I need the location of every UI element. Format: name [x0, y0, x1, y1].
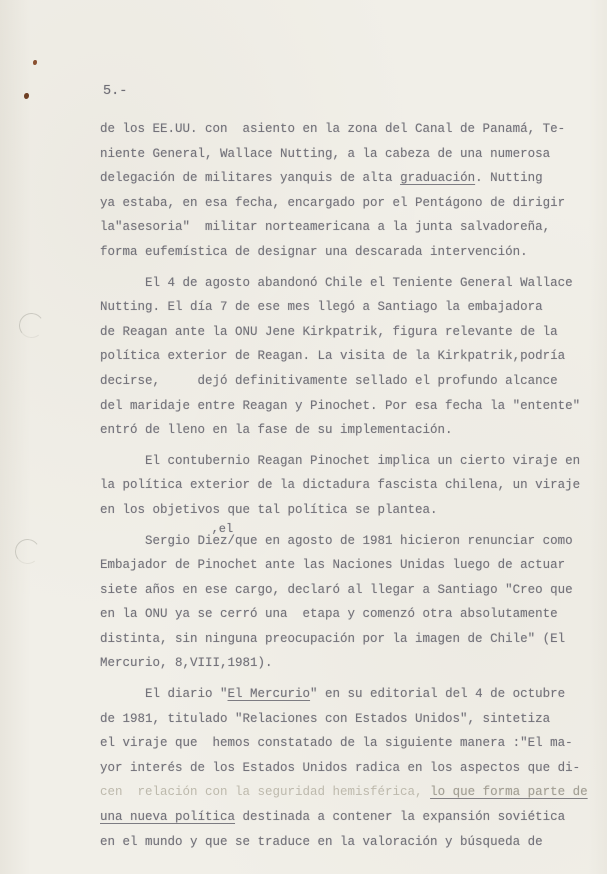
text-segment: del maridaje entre Reagan y Pinochet. Po… — [100, 399, 580, 413]
text-line: ,el Sergio Diez/que en agosto de 1981 hi… — [100, 529, 592, 554]
ink-speck-2 — [24, 93, 29, 99]
text-line: siete años en ese cargo, declaró al lleg… — [100, 578, 592, 603]
text-line: delegación de militares yanquis de alta … — [100, 166, 592, 191]
text-segment: entró de lleno en la fase de su implemen… — [100, 423, 453, 437]
text-line: yor interés de los Estados Unidos radica… — [100, 756, 592, 781]
text-line: de 1981, titulado "Relaciones con Estado… — [100, 707, 592, 732]
text-line: en el mundo y que se traduce en la valor… — [100, 830, 592, 855]
text-segment: una nueva política — [100, 810, 235, 824]
text-segment: El Mercurio — [228, 687, 311, 701]
text-line: del maridaje entre Reagan y Pinochet. Po… — [100, 394, 592, 419]
text-segment: Mercurio, 8,VIII,1981). — [100, 656, 273, 670]
text-line: la política exterior de la dictadura fas… — [100, 473, 592, 498]
text-segment: decirse, dejó definitivamente sellado el… — [100, 374, 558, 388]
text-line: Mercurio, 8,VIII,1981). — [100, 651, 592, 676]
text-segment: Nutting. El día 7 de ese mes llegó a San… — [100, 300, 543, 314]
text-segment: en la ONU ya se cerró una etapa y comenz… — [100, 607, 558, 621]
text-segment: yor interés de los Estados Unidos radica… — [100, 761, 580, 775]
text-line: de Reagan ante la ONU Jene Kirkpatrik, f… — [100, 320, 592, 345]
text-segment: Sergio Diez/que en agosto de 1981 hicier… — [100, 534, 573, 548]
text-line: política exterior de Reagan. La visita d… — [100, 344, 592, 369]
text-line: decirse, dejó definitivamente sellado el… — [100, 369, 592, 394]
text-segment: graduación — [400, 171, 475, 185]
text-line: ya estaba, en esa fecha, encargado por e… — [100, 191, 592, 216]
punch-hole-top — [17, 311, 45, 339]
text-segment: lo que forma parte de — [430, 785, 588, 799]
text-segment: destinada a contener la expansión soviét… — [235, 810, 565, 824]
text-segment: de los EE.UU. con asiento en la zona del… — [100, 122, 565, 136]
text-line: cen relación con la seguridad hemisféric… — [100, 780, 592, 805]
text-segment: " en su editorial del 4 de octubre — [310, 687, 565, 701]
text-line: de los EE.UU. con asiento en la zona del… — [100, 117, 592, 142]
text-segment: el viraje que hemos constatado de la sig… — [100, 736, 573, 750]
text-line: en la ONU ya se cerró una etapa y comenz… — [100, 602, 592, 627]
text-segment: de Reagan ante la ONU Jene Kirkpatrik, f… — [100, 325, 558, 339]
text-segment: la"asesoria" militar norteamericana a la… — [100, 220, 550, 234]
text-segment: El 4 de agosto abandonó Chile el Tenient… — [100, 276, 573, 290]
text-segment: delegación de militares yanquis de alta — [100, 171, 400, 185]
ink-speck-1 — [33, 60, 37, 65]
document-body: de los EE.UU. con asiento en la zona del… — [100, 117, 592, 860]
text-line: entró de lleno en la fase de su implemen… — [100, 418, 592, 443]
text-line: Embajador de Pinochet ante las Naciones … — [100, 553, 592, 578]
paragraph: El diario "El Mercurio" en su editorial … — [100, 682, 592, 854]
text-line: El 4 de agosto abandonó Chile el Tenient… — [100, 271, 592, 296]
text-line: forma eufemística de designar una descar… — [100, 240, 592, 265]
text-segment: El diario " — [100, 687, 228, 701]
punch-hole-bottom — [13, 537, 41, 565]
text-segment: cen relación con la seguridad hemisféric… — [100, 785, 430, 799]
page-number: 5.- — [103, 84, 127, 99]
text-line: la"asesoria" militar norteamericana a la… — [100, 215, 592, 240]
text-segment: de 1981, titulado "Relaciones con Estado… — [100, 712, 550, 726]
text-line: El contubernio Reagan Pinochet implica u… — [100, 449, 592, 474]
text-segment: la política exterior de la dictadura fas… — [100, 478, 580, 492]
text-line: distinta, sin ninguna preocupación por l… — [100, 627, 592, 652]
text-line: en los objetivos que tal política se pla… — [100, 498, 592, 523]
text-segment: política exterior de Reagan. La visita d… — [100, 349, 565, 363]
text-line: el viraje que hemos constatado de la sig… — [100, 731, 592, 756]
paragraph: El 4 de agosto abandonó Chile el Tenient… — [100, 271, 592, 443]
paragraph: ,el Sergio Diez/que en agosto de 1981 hi… — [100, 529, 592, 677]
interline-insertion: ,el — [212, 517, 234, 542]
text-segment: El contubernio Reagan Pinochet implica u… — [100, 454, 580, 468]
text-line: niente General, Wallace Nutting, a la ca… — [100, 142, 592, 167]
text-segment: en los objetivos que tal política se pla… — [100, 503, 438, 517]
text-segment: ya estaba, en esa fecha, encargado por e… — [100, 196, 565, 210]
text-segment: . Nutting — [475, 171, 543, 185]
text-segment: en el mundo y que se traduce en la valor… — [100, 835, 543, 849]
text-line: Nutting. El día 7 de ese mes llegó a San… — [100, 295, 592, 320]
scanned-page: 5.- de los EE.UU. con asiento en la zona… — [0, 0, 607, 874]
paragraph: El contubernio Reagan Pinochet implica u… — [100, 449, 592, 523]
paragraph: de los EE.UU. con asiento en la zona del… — [100, 117, 592, 265]
text-segment: Embajador de Pinochet ante las Naciones … — [100, 558, 565, 572]
text-line: una nueva política destinada a contener … — [100, 805, 592, 830]
text-segment: forma eufemística de designar una descar… — [100, 245, 528, 259]
text-segment: siete años en ese cargo, declaró al lleg… — [100, 583, 573, 597]
text-segment: distinta, sin ninguna preocupación por l… — [100, 632, 565, 646]
text-segment: niente General, Wallace Nutting, a la ca… — [100, 147, 550, 161]
text-line: El diario "El Mercurio" en su editorial … — [100, 682, 592, 707]
